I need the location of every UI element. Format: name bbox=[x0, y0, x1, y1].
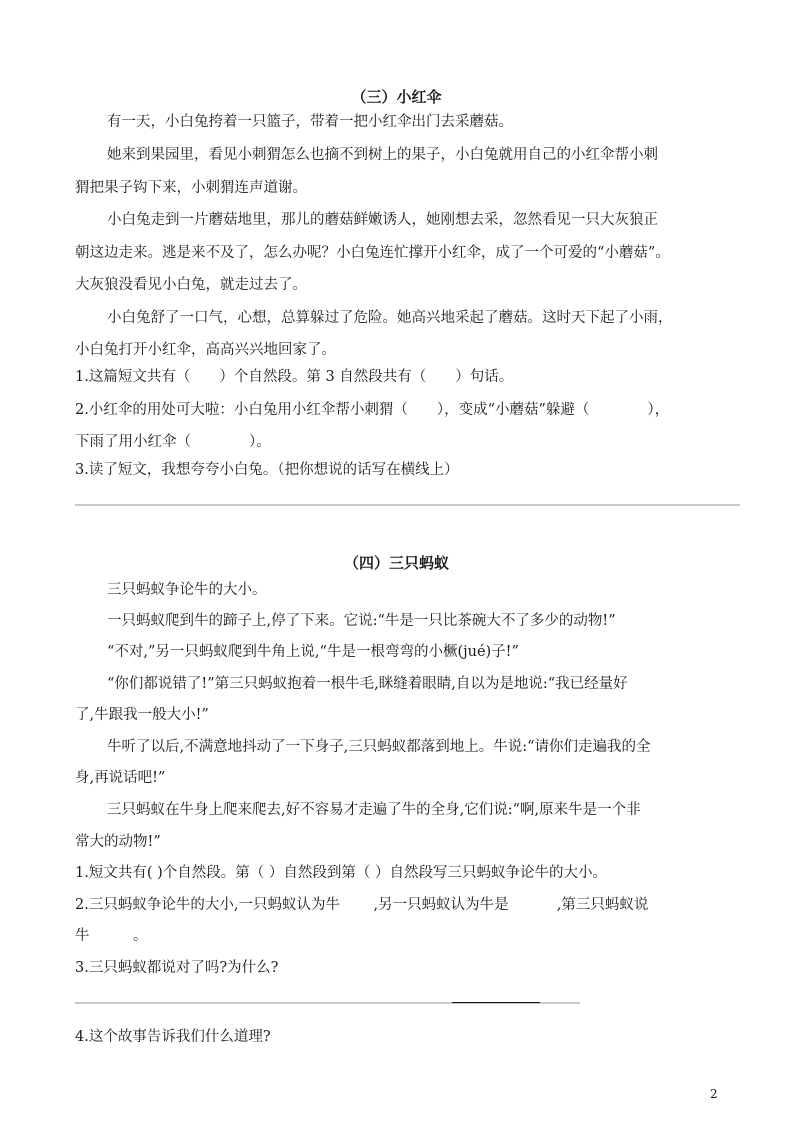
question-3: 3.读了短文，我想夸夸小白兔。（把你想说的话写在横线上） bbox=[75, 460, 735, 480]
question-2-cont: 牛 。 bbox=[75, 926, 735, 946]
paragraph-line: 大灰狼没看见小白兔，就走过去了。 bbox=[75, 275, 735, 295]
paragraph-line: 朝这边走来。逃是来不及了，怎么办呢？小白兔连忙撑开小红伞，成了一个可爱的“小蘑菇… bbox=[75, 243, 735, 263]
question-1: 1.这篇短文共有（ ）个自然段。第 3 自然段共有（ ）句话。 bbox=[75, 367, 735, 387]
paragraph-line: 牛听了以后,不满意地抖动了一下身子,三只蚂蚁都落到地上。牛说:“请你们走遍我的全 bbox=[107, 737, 767, 757]
section3-title: （三）小红伞 bbox=[0, 86, 793, 107]
paragraph-line: 三只蚂蚁争论牛的大小。 bbox=[107, 580, 767, 600]
paragraph-line: 一只蚂蚁爬到牛的蹄子上,停了下来。它说:“牛是一只比茶碗大不了多少的动物!” bbox=[107, 611, 767, 631]
paragraph-line: “你们都说错了!”第三只蚂蚁抱着一根牛毛,眯缝着眼睛,自以为是地说:“我已经量好 bbox=[107, 674, 767, 694]
answer-line bbox=[75, 504, 740, 506]
answer-line-segment bbox=[452, 1002, 540, 1003]
paragraph-line: “不对,”另一只蚂蚁爬到牛角上说,“牛是一根弯弯的小橛(jué)子!” bbox=[107, 642, 767, 662]
paragraph-line: 有一天，小白兔挎着一只篮子，带着一把小红伞出门去采蘑菇。 bbox=[107, 112, 767, 132]
paragraph-line: 她来到果园里，看见小刺猬怎么也摘不到树上的果子，小白兔就用自己的小红伞帮小刺 bbox=[107, 145, 767, 165]
paragraph-line: 了,牛跟我一般大小!” bbox=[75, 705, 735, 725]
paragraph-line: 小白兔舒了一口气，心想，总算躲过了危险。她高兴地采起了蘑菇。这时天下起了小雨， bbox=[107, 308, 767, 328]
paragraph-line: 三只蚂蚁在牛身上爬来爬去,好不容易才走遍了牛的全身,它们说:“啊,原来牛是一个非 bbox=[107, 800, 767, 820]
question-2: 2.小红伞的用处可大啦：小白兔用小红伞帮小刺猬（ ），变成“小蘑菇”躲避（ ）， bbox=[75, 400, 735, 420]
section4-title: （四）三只蚂蚁 bbox=[0, 552, 793, 573]
question-1: 1.短文共有( )个自然段。第（ ）自然段到第（ ）自然段写三只蚂蚁争论牛的大小… bbox=[75, 863, 735, 883]
question-2: 2.三只蚂蚁争论牛的大小,一只蚂蚁认为牛 ,另一只蚂蚁认为牛是 ,第三只蚂蚁说 bbox=[75, 895, 735, 915]
paragraph-line: 小白兔走到一片蘑菇地里，那儿的蘑菇鲜嫩诱人，她刚想去采，忽然看见一只大灰狼正 bbox=[107, 210, 767, 230]
question-4: 4.这个故事告诉我们什么道理? bbox=[75, 1027, 735, 1047]
paragraph-line: 猬把果子钩下来，小刺猬连声道谢。 bbox=[75, 178, 735, 198]
page-number: 2 bbox=[710, 1087, 718, 1101]
paragraph-line: 身,再说话吧!” bbox=[75, 768, 735, 788]
paragraph-line: 常大的动物!” bbox=[75, 832, 735, 852]
question-2-cont: 下雨了用小红伞（ ）。 bbox=[75, 432, 735, 452]
paragraph-line: 小白兔打开小红伞，高高兴兴地回家了。 bbox=[75, 340, 735, 360]
question-3: 3.三只蚂蚁都说对了吗?为什么? bbox=[75, 958, 735, 978]
